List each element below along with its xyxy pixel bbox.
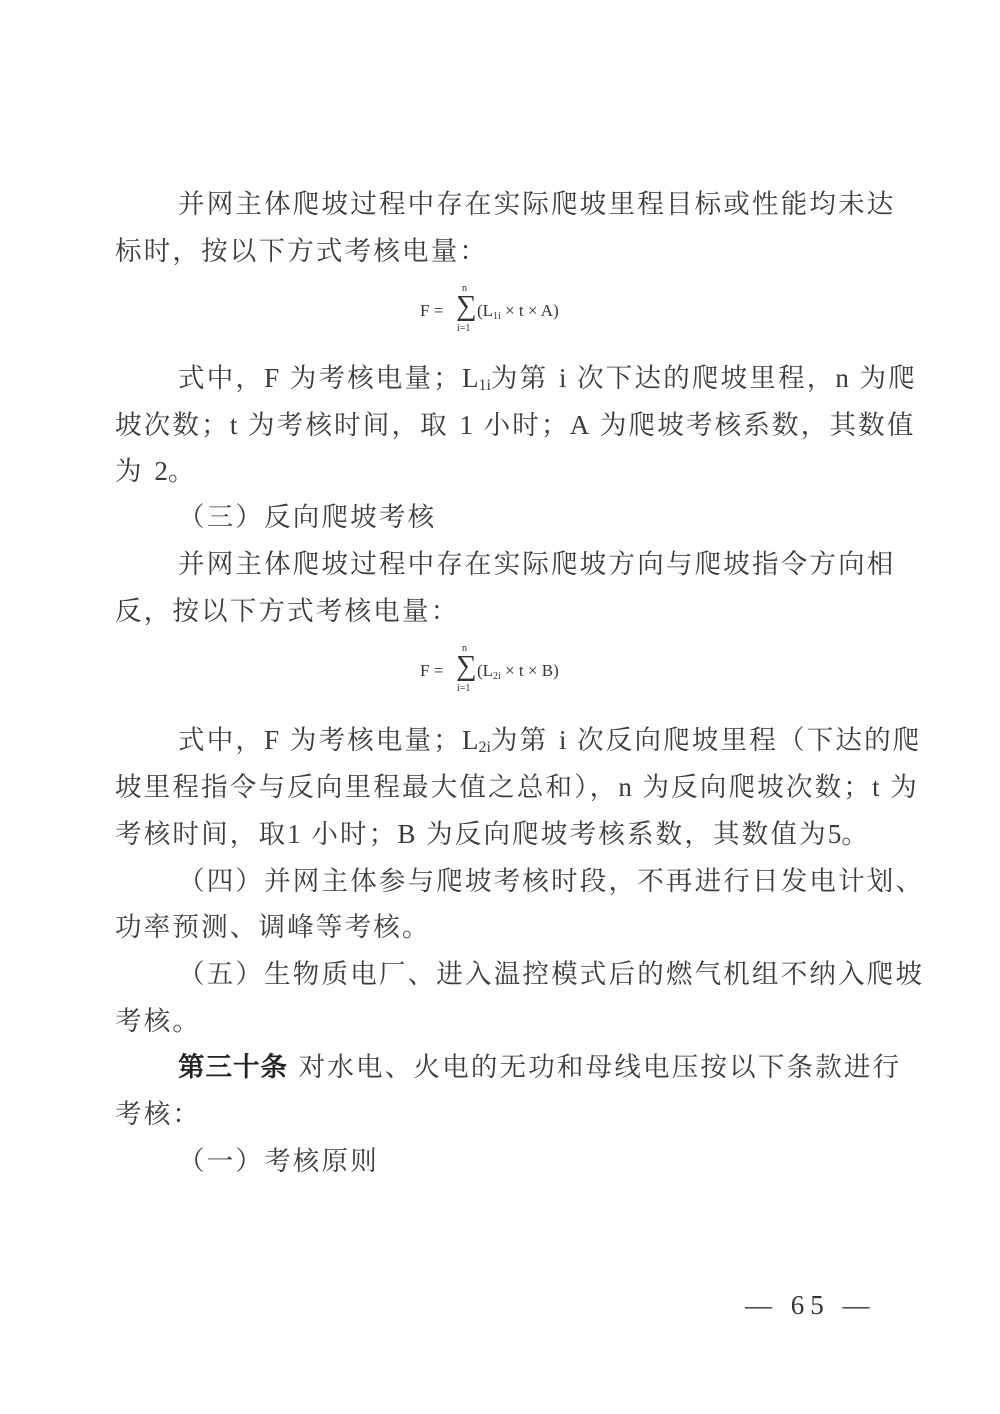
text: 坡次数； xyxy=(115,410,230,441)
var-B: B xyxy=(397,819,415,849)
var-t: t xyxy=(230,410,238,440)
text: 小时； xyxy=(311,819,397,850)
text: 对水电、火电的无功和母线电压按以下条款进行 xyxy=(299,1052,902,1083)
formula-body: (L2i × t × B) xyxy=(477,661,559,682)
var-F: F xyxy=(264,363,279,393)
formula-lhs: F = xyxy=(420,301,443,321)
paragraph-line: 反，按以下方式考核电量： xyxy=(115,595,865,629)
document-page: 并网主体爬坡过程中存在实际爬坡里程目标或性能均未达 标时，按以下方式考核电量： … xyxy=(0,0,1000,1414)
paragraph-line: 考核时间，取1 小时；B 为反向爬坡考核系数，其数值为5。 xyxy=(115,817,865,852)
text: 次反向爬坡里程（下达的爬 xyxy=(577,725,921,756)
text: 为考核时间，取 xyxy=(248,410,449,441)
paragraph-line: 坡次数；t 为考核时间，取 1 小时；A 为爬坡考核系数，其数值 xyxy=(115,408,865,443)
paragraph-line: 为 2。 xyxy=(115,454,865,489)
paragraph-line: 式中，F 为考核电量；L1i为第 i 次下达的爬坡里程，n 为爬 xyxy=(178,361,864,403)
var-i: i xyxy=(559,725,567,755)
text: 式中， xyxy=(178,725,264,756)
number: 1 xyxy=(287,819,301,849)
var-A: A xyxy=(570,410,590,440)
text: 为第 xyxy=(491,363,548,394)
var-L: L xyxy=(462,725,479,755)
text: 为爬 xyxy=(860,363,917,394)
formula-term: × t × A) xyxy=(501,301,559,320)
section-heading: （三）反向爬坡考核 xyxy=(178,501,928,535)
sigma-symbol: ∑ xyxy=(456,651,477,681)
text: 为 xyxy=(115,456,144,487)
paragraph-line: （四）并网主体参与爬坡考核时段，不再进行日发电计划、 xyxy=(178,865,864,899)
text: 为第 xyxy=(491,725,548,756)
text: 次下达的爬坡里程， xyxy=(577,363,835,394)
formula-subscript: 2i xyxy=(493,671,501,682)
text: 。 xyxy=(168,456,197,487)
text: 。 xyxy=(841,819,870,850)
var-L: L xyxy=(462,363,479,393)
paragraph-line: 标时，按以下方式考核电量： xyxy=(115,235,865,269)
var-subscript: 2i xyxy=(478,739,490,756)
text: 坡里程指令与反向里程最大值之总和）， xyxy=(115,772,618,803)
formula-term: × t × B) xyxy=(501,661,559,680)
text: 考核时间，取 xyxy=(115,819,287,850)
text: 式中， xyxy=(178,363,264,394)
article-30-line: 第三十条 对水电、火电的无功和母线电压按以下条款进行 xyxy=(178,1051,864,1085)
formula-reverse-ramp-assessment: F = n ∑ i=1 (L2i × t × B) xyxy=(420,643,620,709)
paragraph-line: 式中，F 为考核电量；L2i为第 i 次反向爬坡里程（下达的爬 xyxy=(178,723,864,765)
number: 1 xyxy=(459,410,473,440)
formula-ramp-assessment: F = n ∑ i=1 (L1i × t × A) xyxy=(420,283,620,349)
var-n: n xyxy=(835,363,849,393)
var-t: t xyxy=(872,772,880,802)
section-heading: （一）考核原则 xyxy=(178,1145,928,1179)
text: 为反向爬坡次数； xyxy=(642,772,872,803)
text: 小时； xyxy=(484,410,570,441)
paragraph-line: 考核。 xyxy=(115,1005,865,1039)
var-F: F xyxy=(264,725,279,755)
paragraph-line: 并网主体爬坡过程中存在实际爬坡方向与爬坡指令方向相 xyxy=(178,548,864,582)
formula-term: (L xyxy=(477,301,493,320)
number: 5 xyxy=(828,819,842,849)
sigma-symbol: ∑ xyxy=(456,291,477,321)
formula-term: (L xyxy=(477,661,493,680)
formula-body: (L1i × t × A) xyxy=(477,301,559,322)
text: 为爬坡考核系数，其数值 xyxy=(600,410,916,441)
text: 为 xyxy=(890,772,919,803)
var-i: i xyxy=(559,363,567,393)
var-subscript: 1i xyxy=(478,377,490,394)
text: 为考核电量； xyxy=(290,725,462,756)
sum-lower-limit: i=1 xyxy=(457,323,470,334)
var-n: n xyxy=(618,772,632,802)
text: 为考核电量； xyxy=(290,363,462,394)
text: 为反向爬坡考核系数，其数值为 xyxy=(426,819,828,850)
number: 2 xyxy=(154,456,168,486)
paragraph-line: 考核： xyxy=(115,1098,865,1132)
paragraph-line: 坡里程指令与反向里程最大值之总和），n 为反向爬坡次数；t 为 xyxy=(115,770,865,805)
page-number: — 65 — xyxy=(745,1290,876,1321)
paragraph-line: （五）生物质电厂、进入温控模式后的燃气机组不纳入爬坡 xyxy=(178,958,864,992)
paragraph-line: 并网主体爬坡过程中存在实际爬坡里程目标或性能均未达 xyxy=(178,188,864,222)
article-title: 第三十条 xyxy=(178,1052,288,1083)
sum-lower-limit: i=1 xyxy=(457,683,470,694)
formula-lhs: F = xyxy=(420,661,443,681)
formula-subscript: 1i xyxy=(493,311,501,322)
paragraph-line: 功率预测、调峰等考核。 xyxy=(115,911,865,945)
